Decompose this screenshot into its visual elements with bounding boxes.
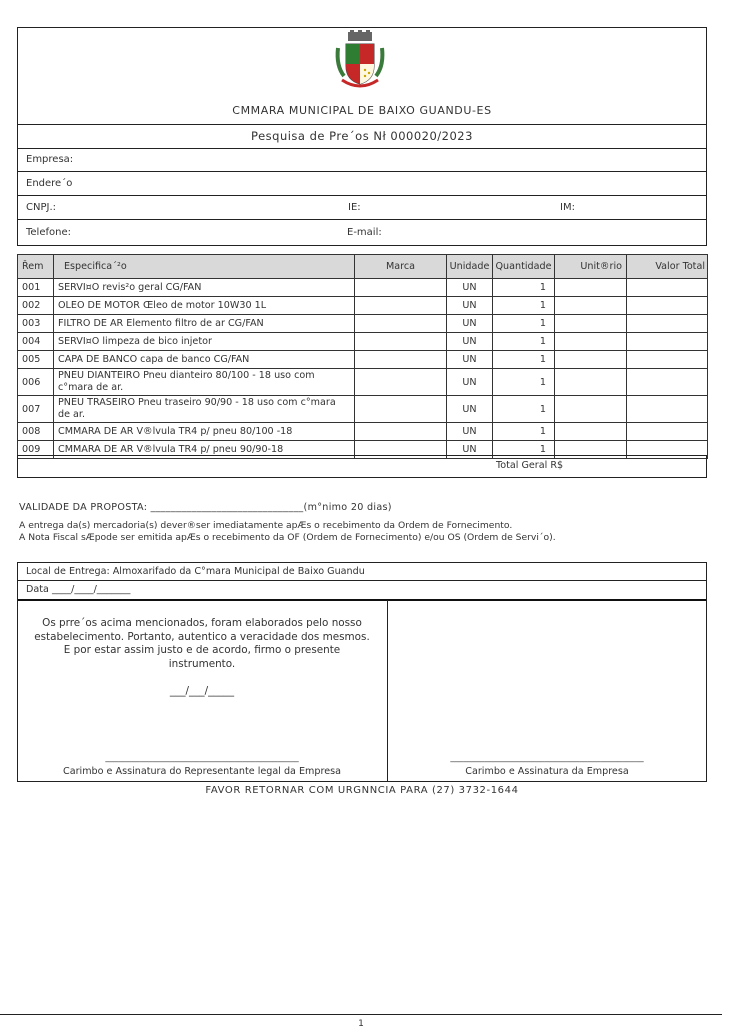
cell-total[interactable] <box>627 396 708 423</box>
table-row: 001SERVI¤O revis²o geral CG/FANUN1 <box>18 279 708 297</box>
cell-unidade: UN <box>447 396 493 423</box>
cell-total[interactable] <box>627 369 708 396</box>
cell-unitario[interactable] <box>555 279 627 297</box>
cell-unitario[interactable] <box>555 333 627 351</box>
survey-title: Pesquisa de Pre´os Nł 000020/2023 <box>18 129 706 143</box>
cell-marca[interactable] <box>355 351 447 369</box>
cell-total[interactable] <box>627 351 708 369</box>
cell-unitario[interactable] <box>555 423 627 441</box>
cell-quantidade: 1 <box>493 423 555 441</box>
cell-item: 004 <box>18 333 54 351</box>
terms-line-1: A entrega da(s) mercadoria(s) dever®ser … <box>19 520 512 531</box>
cell-marca[interactable] <box>355 279 447 297</box>
telefone-label: Telefone: <box>26 227 347 238</box>
cnpj-label: CNPJ.: <box>26 202 348 213</box>
col-unitario: Unit®rio <box>555 255 627 279</box>
declaration-date[interactable]: ___/___/_____ <box>32 685 372 697</box>
table-row: 002OLEO DE MOTOR Œleo de motor 10W30 1LU… <box>18 297 708 315</box>
col-spec: Especifica´²o <box>54 255 355 279</box>
cell-unidade: UN <box>447 297 493 315</box>
terms-line-2: A Nota Fiscal sÆpode ser emitida apÆs o … <box>19 532 556 543</box>
empresa-label: Empresa: <box>26 154 73 165</box>
cell-spec: SERVI¤O limpeza de bico injetor <box>54 333 355 351</box>
cell-marca[interactable] <box>355 315 447 333</box>
cell-item: 007 <box>18 396 54 423</box>
table-row: 003FILTRO DE AR Elemento filtro de ar CG… <box>18 315 708 333</box>
table-row: 006PNEU DIANTEIRO Pneu dianteiro 80/100 … <box>18 369 708 396</box>
cell-marca[interactable] <box>355 423 447 441</box>
table-row: 007PNEU TRASEIRO Pneu traseiro 90/90 - 1… <box>18 396 708 423</box>
cell-marca[interactable] <box>355 297 447 315</box>
table-row: 008CMMARA DE AR V®lvula TR4 p/ pneu 80/1… <box>18 423 708 441</box>
cell-spec: CAPA DE BANCO capa de banco CG/FAN <box>54 351 355 369</box>
cell-unidade: UN <box>447 315 493 333</box>
cell-quantidade: 1 <box>493 279 555 297</box>
cell-unitario[interactable] <box>555 315 627 333</box>
cell-marca[interactable] <box>355 333 447 351</box>
cell-quantidade: 1 <box>493 315 555 333</box>
telefone-row[interactable]: Telefone: E-mail: <box>18 220 706 245</box>
total-label: Total Geral R$ <box>496 460 563 471</box>
institution-name: CMMARA MUNICIPAL DE BAIXO GUANDU-ES <box>18 104 706 117</box>
col-item: Řem <box>18 255 54 279</box>
endereco-row[interactable]: Endere´o <box>18 172 706 196</box>
cell-unidade: UN <box>447 423 493 441</box>
cell-total[interactable] <box>627 315 708 333</box>
cell-unitario[interactable] <box>555 351 627 369</box>
endereco-label: Endere´o <box>26 178 72 189</box>
data-field[interactable]: Data ____/____/_______ <box>26 584 130 595</box>
cell-unitario[interactable] <box>555 369 627 396</box>
cell-unidade: UN <box>447 333 493 351</box>
cell-spec: OLEO DE MOTOR Œleo de motor 10W30 1L <box>54 297 355 315</box>
table-row: 005CAPA DE BANCO capa de banco CG/FANUN1 <box>18 351 708 369</box>
coat-of-arms-icon <box>330 30 390 92</box>
cell-quantidade: 1 <box>493 333 555 351</box>
cell-quantidade: 1 <box>493 297 555 315</box>
footer-notice: FAVOR RETORNAR COM URGNNCIA PARA (27) 37… <box>17 785 707 796</box>
items-table: Řem Especifica´²o Marca Unidade Quantida… <box>17 254 708 459</box>
signature-line-left: ________________________________________… <box>32 753 372 763</box>
cell-total[interactable] <box>627 333 708 351</box>
cell-spec: CMMARA DE AR V®lvula TR4 p/ pneu 80/100 … <box>54 423 355 441</box>
validade-text: VALIDADE DA PROPOSTA: __________________… <box>19 502 392 513</box>
cell-unitario[interactable] <box>555 396 627 423</box>
page-number: 1 <box>0 1019 722 1029</box>
cell-marca[interactable] <box>355 369 447 396</box>
cell-quantidade: 1 <box>493 351 555 369</box>
empresa-row[interactable]: Empresa: <box>18 148 706 172</box>
cell-item: 003 <box>18 315 54 333</box>
cell-unitario[interactable] <box>555 297 627 315</box>
col-unidade: Unidade <box>447 255 493 279</box>
col-total: Valor Total <box>627 255 708 279</box>
cell-total[interactable] <box>627 297 708 315</box>
header-box: CMMARA MUNICIPAL DE BAIXO GUANDU-ES Pesq… <box>17 27 707 246</box>
cell-spec: PNEU DIANTEIRO Pneu dianteiro 80/100 - 1… <box>54 369 355 396</box>
cell-spec: PNEU TRASEIRO Pneu traseiro 90/90 - 18 u… <box>54 396 355 423</box>
declaration-text: Os prre´os acima mencionados, foram elab… <box>32 617 372 671</box>
cell-marca[interactable] <box>355 396 447 423</box>
cell-item: 005 <box>18 351 54 369</box>
cell-item: 008 <box>18 423 54 441</box>
cell-quantidade: 1 <box>493 396 555 423</box>
table-row: 004SERVI¤O limpeza de bico injetorUN1 <box>18 333 708 351</box>
cell-item: 006 <box>18 369 54 396</box>
email-label: E-mail: <box>347 227 382 238</box>
cell-total[interactable] <box>627 279 708 297</box>
delivery-box: Local de Entrega: Almoxarifado da C°mara… <box>17 562 707 782</box>
signature-line-right: ________________________________________… <box>397 753 697 763</box>
signature-label-left: Carimbo e Assinatura do Representante le… <box>32 766 372 777</box>
cell-unidade: UN <box>447 279 493 297</box>
cell-quantidade: 1 <box>493 369 555 396</box>
cell-total[interactable] <box>627 423 708 441</box>
col-quantidade: Quantidade <box>493 255 555 279</box>
cell-unidade: UN <box>447 351 493 369</box>
total-row: Total Geral R$ <box>17 455 707 478</box>
logo-emblem <box>330 30 390 92</box>
cell-item: 001 <box>18 279 54 297</box>
local-entrega: Local de Entrega: Almoxarifado da C°mara… <box>26 566 365 577</box>
items-table-wrap: Řem Especifica´²o Marca Unidade Quantida… <box>17 254 708 459</box>
ie-label: IE: <box>348 202 560 213</box>
cell-unidade: UN <box>447 369 493 396</box>
cell-item: 002 <box>18 297 54 315</box>
table-header: Řem Especifica´²o Marca Unidade Quantida… <box>18 255 708 279</box>
cnpj-row[interactable]: CNPJ.: IE: IM: <box>18 196 706 220</box>
signature-label-right: Carimbo e Assinatura da Empresa <box>397 766 697 777</box>
cell-spec: SERVI¤O revis²o geral CG/FAN <box>54 279 355 297</box>
cell-spec: FILTRO DE AR Elemento filtro de ar CG/FA… <box>54 315 355 333</box>
im-label: IM: <box>560 202 575 213</box>
col-marca: Marca <box>355 255 447 279</box>
